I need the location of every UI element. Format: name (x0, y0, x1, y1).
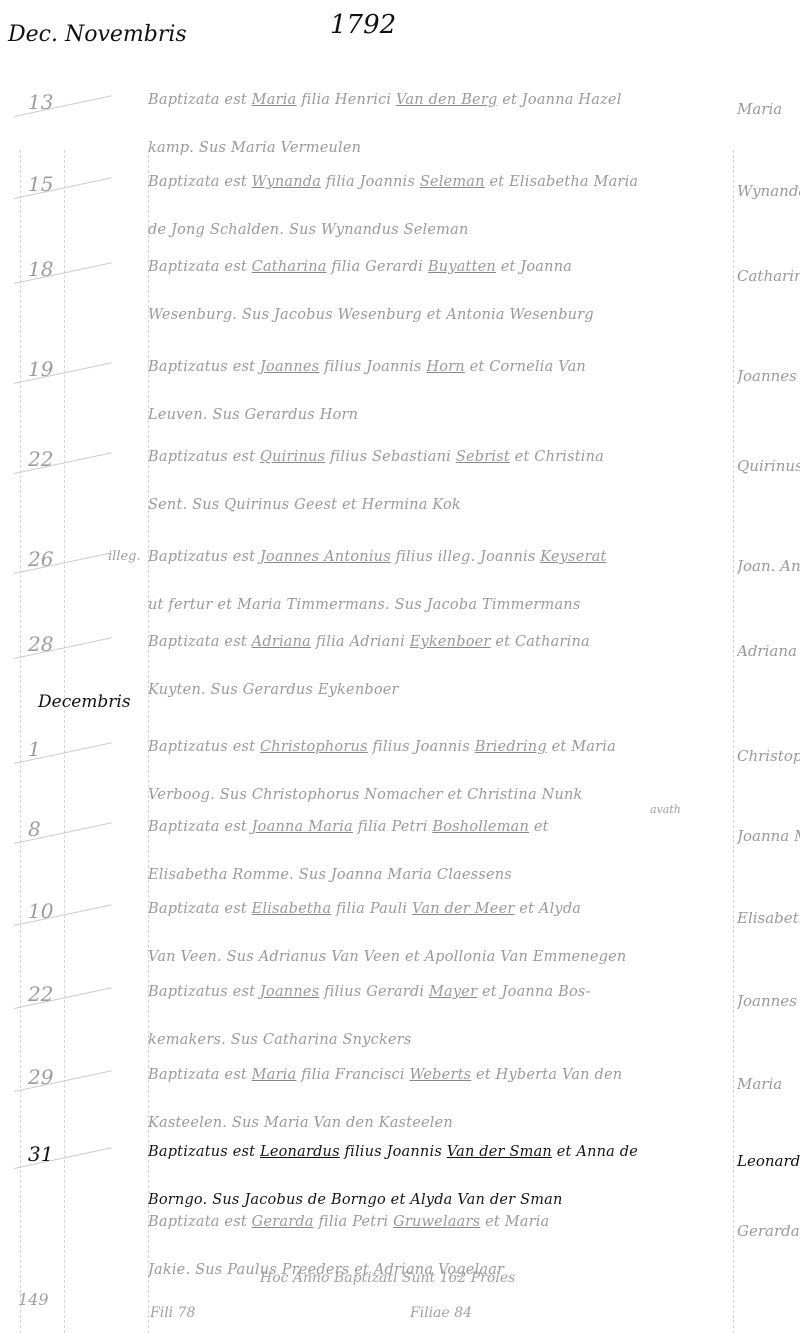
entry-text: et Catharina (491, 634, 590, 650)
margin-child-name: Adriana (737, 642, 800, 660)
entry-line-1: Baptizatus est Christophorus filius Joan… (148, 735, 733, 759)
father-surname: Seleman (420, 174, 485, 190)
entry-date: 15 (28, 172, 53, 196)
illegitimate-note: illeg. (108, 549, 141, 564)
entry-text: filia Pauli (331, 901, 412, 917)
page-header-year: 1792 (330, 10, 396, 40)
entry-text: et Cornelia Van (465, 359, 586, 375)
month-section-label: Decembris (38, 692, 131, 712)
entry-text: filius Joannis (319, 359, 426, 375)
entry-text: Baptizatus est (148, 549, 260, 565)
child-name: Joannes (260, 359, 319, 375)
entry-text: et Alyda (515, 901, 582, 917)
father-surname: Bosholleman (432, 819, 529, 835)
margin-child-name: Wynanda (737, 182, 800, 200)
entry-text: et Anna de (552, 1144, 638, 1160)
entry-text: Baptizata est (148, 634, 252, 650)
entry-line-1: Baptizata est Wynanda filia Joannis Sele… (148, 170, 733, 194)
child-name: Joannes (260, 984, 319, 1000)
entry-date: 13 (28, 90, 53, 114)
superscript-note: avath (650, 803, 681, 816)
margin-child-name: Christoph. (737, 747, 800, 765)
entry-line-2: de Jong Schalden. Sus Wynandus Seleman (148, 218, 733, 242)
child-name: Joannes Antonius (260, 549, 391, 565)
entry-text: Baptizata est (148, 1067, 252, 1083)
margin-child-name: Joan. Anton. (737, 557, 800, 575)
entry-date: 1 (28, 737, 41, 761)
entry-text: filia Petri (314, 1214, 393, 1230)
yearly-summary: Hoc Anno Baptizati Sunt 162 Proles (260, 1270, 515, 1286)
entry-text: Baptizata est (148, 1214, 252, 1230)
entry-line-1: Baptizata est Elisabetha filia Pauli Van… (148, 897, 733, 921)
father-surname: Keyserat (540, 549, 606, 565)
entry-date: 26 (28, 547, 53, 571)
page-header-month: Dec. Novembris (8, 22, 187, 47)
margin-child-name: Joanna M. (737, 827, 800, 845)
father-surname: Mayer (429, 984, 477, 1000)
baptism-entry: Baptizata est Maria filia Francisci Webe… (148, 1063, 733, 1135)
father-surname: Eykenboer (410, 634, 491, 650)
entry-line-1: Baptizata est Gerarda filia Petri Gruwel… (148, 1210, 733, 1234)
entry-text: Baptizatus est (148, 449, 260, 465)
ruled-line (733, 150, 734, 1333)
entry-text: et Joanna Hazel (497, 92, 621, 108)
baptism-entry: Baptizata est Joanna Maria filia Petri B… (148, 815, 733, 887)
entry-text: filius illeg. Joannis (391, 549, 540, 565)
entry-text: filius Joannis (368, 739, 475, 755)
entry-date: 22 (28, 447, 53, 471)
father-surname: Sebrist (456, 449, 510, 465)
entry-text: et Joanna (496, 259, 572, 275)
entry-line-1: Baptizata est Joanna Maria filia Petri B… (148, 815, 733, 839)
entry-line-1: Baptizata est Maria filia Henrici Van de… (148, 88, 733, 112)
father-surname: Van der Sman (447, 1144, 552, 1160)
baptism-entry: Baptizata est Maria filia Henrici Van de… (148, 88, 733, 160)
entry-line-2: Leuven. Sus Gerardus Horn (148, 403, 733, 427)
entry-line-2: Kuyten. Sus Gerardus Eykenboer (148, 678, 733, 702)
child-name: Adriana (252, 634, 311, 650)
entry-date: 18 (28, 257, 53, 281)
margin-child-name: Joannes (737, 992, 800, 1010)
entry-text: filius Joannis (340, 1144, 447, 1160)
child-name: Wynanda (252, 174, 321, 190)
entry-text: filia Henrici (296, 92, 396, 108)
entry-line-2: Kasteelen. Sus Maria Van den Kasteelen (148, 1111, 733, 1135)
entry-text: Baptizata est (148, 174, 252, 190)
entry-text: Baptizatus est (148, 984, 260, 1000)
baptism-entry: Baptizatus est Christophorus filius Joan… (148, 735, 733, 807)
father-surname: Van der Meer (412, 901, 514, 917)
child-name: Gerarda (252, 1214, 314, 1230)
entry-line-2: Wesenburg. Sus Jacobus Wesenburg et Anto… (148, 303, 733, 327)
baptism-entry: Baptizatus est Joannes filius Joannis Ho… (148, 355, 733, 427)
margin-child-name: Gerarda (737, 1222, 800, 1240)
margin-child-name: Catharina (737, 267, 800, 285)
entry-line-1: Baptizatus est Joannes filius Gerardi Ma… (148, 980, 733, 1004)
entry-line-1: Baptizatus est Leonardus filius Joannis … (148, 1140, 733, 1164)
daughters-count: Filiae 84 (410, 1305, 472, 1321)
baptism-entry: Baptizata est Catharina filia Gerardi Bu… (148, 255, 733, 327)
entry-text: Baptizatus est (148, 359, 260, 375)
father-surname: Van den Berg (396, 92, 497, 108)
entry-text: Baptizata est (148, 92, 252, 108)
entry-line-1: Baptizata est Adriana filia Adriani Eyke… (148, 630, 733, 654)
entry-text: et Christina (510, 449, 604, 465)
ruled-line (64, 150, 65, 1333)
entry-text: Baptizata est (148, 901, 252, 917)
entry-text: et Maria (547, 739, 616, 755)
entry-date: 29 (28, 1065, 53, 1089)
entry-text: et Maria (480, 1214, 549, 1230)
entry-text: filia Petri (353, 819, 432, 835)
entry-line-1: Baptizatus est Quirinus filius Sebastian… (148, 445, 733, 469)
entry-date: 8 (28, 817, 41, 841)
margin-child-name: Elisabeth (737, 909, 800, 927)
child-name: Leonardus (260, 1144, 340, 1160)
entry-text: filia Joannis (321, 174, 420, 190)
baptism-entry: Baptizatus est Joannes filius Gerardi Ma… (148, 980, 733, 1052)
entry-line-2: Van Veen. Sus Adrianus Van Veen et Apoll… (148, 945, 733, 969)
entry-text: et Joanna Bos- (477, 984, 590, 1000)
margin-child-name: Maria (737, 1075, 800, 1093)
baptism-entry: Baptizatus est Joannes Antonius filius i… (148, 545, 733, 617)
entry-line-2: Borngo. Sus Jacobus de Borngo et Alyda V… (148, 1188, 733, 1212)
entry-date: 28 (28, 632, 53, 656)
baptism-entry: Baptizatus est Leonardus filius Joannis … (148, 1140, 733, 1212)
entry-line-1: Baptizata est Maria filia Francisci Webe… (148, 1063, 733, 1087)
child-name: Maria (252, 1067, 297, 1083)
child-name: Catharina (252, 259, 327, 275)
entry-text: filia Francisci (296, 1067, 409, 1083)
ruled-line (20, 150, 21, 1333)
entry-text: Baptizata est (148, 819, 252, 835)
entry-line-2: Sent. Sus Quirinus Geest et Hermina Kok (148, 493, 733, 517)
entry-text: Baptizatus est (148, 1144, 260, 1160)
margin-child-name: Quirinus (737, 457, 800, 475)
margin-child-name: Joannes (737, 367, 800, 385)
margin-child-name: Maria (737, 100, 800, 118)
baptism-entry: Baptizatus est Quirinus filius Sebastian… (148, 445, 733, 517)
entry-text: filia Adriani (311, 634, 410, 650)
entry-line-1: Baptizatus est Joannes Antonius filius i… (148, 545, 733, 569)
entry-text: et Hyberta Van den (471, 1067, 622, 1083)
margin-child-name: Leonardus (737, 1152, 800, 1170)
entry-line-2: ut fertur et Maria Timmermans. Sus Jacob… (148, 593, 733, 617)
entry-line-2: kemakers. Sus Catharina Snyckers (148, 1028, 733, 1052)
father-surname: Horn (426, 359, 464, 375)
child-name: Quirinus (260, 449, 325, 465)
entry-text: Baptizatus est (148, 739, 260, 755)
baptism-entry: Baptizata est Elisabetha filia Pauli Van… (148, 897, 733, 969)
entry-date: 31 (28, 1142, 53, 1166)
entry-text: filius Sebastiani (325, 449, 456, 465)
father-surname: Buyatten (428, 259, 496, 275)
entry-date: 19 (28, 357, 53, 381)
entry-text: filius Gerardi (319, 984, 429, 1000)
father-surname: Briedring (475, 739, 547, 755)
sons-count: Fili 78 (150, 1305, 195, 1321)
baptism-entry: Baptizata est Wynanda filia Joannis Sele… (148, 170, 733, 242)
entry-date: 22 (28, 982, 53, 1006)
page-total: 149 (18, 1290, 49, 1309)
entry-text: Baptizata est (148, 259, 252, 275)
entry-line-1: Baptizata est Catharina filia Gerardi Bu… (148, 255, 733, 279)
entry-text: et Elisabetha Maria (485, 174, 639, 190)
child-name: Christophorus (260, 739, 368, 755)
entry-date: 10 (28, 899, 53, 923)
entry-text: et (529, 819, 549, 835)
baptism-entry: Baptizata est Adriana filia Adriani Eyke… (148, 630, 733, 702)
child-name: Joanna Maria (252, 819, 353, 835)
entry-text: filia Gerardi (327, 259, 428, 275)
entry-line-2: kamp. Sus Maria Vermeulen (148, 136, 733, 160)
entry-line-2: Verboog. Sus Christophorus Nomacher et C… (148, 783, 733, 807)
child-name: Elisabetha (252, 901, 332, 917)
father-surname: Gruwelaars (393, 1214, 480, 1230)
child-name: Maria (252, 92, 297, 108)
father-surname: Weberts (409, 1067, 471, 1083)
entry-line-2: Elisabetha Romme. Sus Joanna Maria Claes… (148, 863, 733, 887)
entry-line-1: Baptizatus est Joannes filius Joannis Ho… (148, 355, 733, 379)
